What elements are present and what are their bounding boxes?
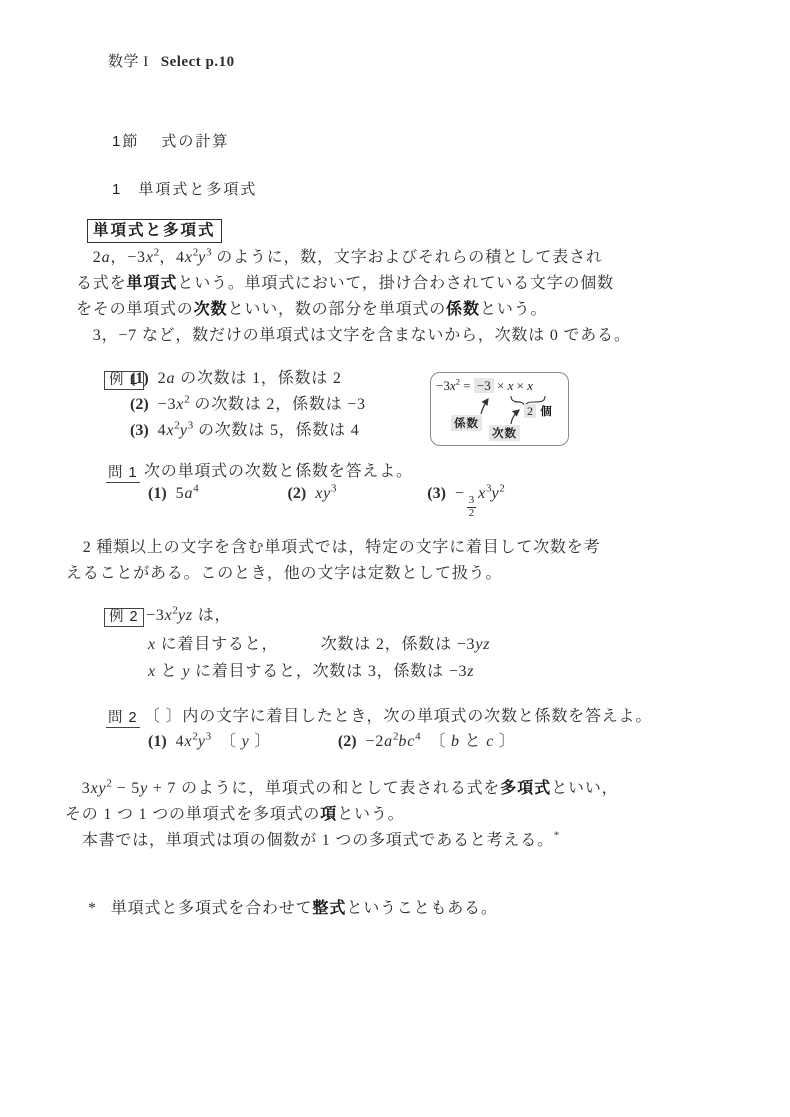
polynomial-paragraph: 3xy2 − 5y + 7 のように，単項式の和として表される式を多項式といい，… <box>65 776 618 854</box>
degree-label: 次数 <box>489 425 520 441</box>
paragraph-line: 本書では，単項式は項の個数が 1 つの多項式であると考える。* <box>65 828 618 854</box>
subsection-heading: 1単項式と多項式 <box>112 178 257 199</box>
question2-item: (2)−2a2bc4 〔 b と c 〕 <box>338 733 516 750</box>
question1-items: (1)5a4 (2)xy3 (3)−32x3y2 <box>148 481 505 520</box>
topic-title: 単項式と多項式 <box>87 219 222 243</box>
example2-label: 例 2 <box>104 605 144 626</box>
footnote: * 単項式と多項式を合わせて整式ということもある。 <box>88 896 498 922</box>
paragraph-line: 2 種類以上の文字を含む単項式では，特定の文字に着目して次数を考 <box>66 535 600 561</box>
paragraph-line: をその単項式の次数といい，数の部分を単項式の係数という。 <box>76 297 631 323</box>
item-number: (3) <box>130 422 149 439</box>
example1-item: (3)4x2y3 の次数は 5，係数は 4 <box>130 418 366 444</box>
count-label: 2 個 <box>524 403 553 419</box>
example2-line: x に着目すると， 次数は 2，係数は −3yz <box>148 631 490 658</box>
example2-body: x に着目すると， 次数は 2，係数は −3yz x と y に着目すると，次数… <box>148 631 490 685</box>
question2-prompt: 〔 〕内の文字に着目したとき，次の単項式の次数と係数を答えよ。 <box>144 704 652 730</box>
item-text: 2a の次数は 1，係数は 2 <box>158 370 342 387</box>
paragraph-line: 2a，−3x2，4x2y3 のように，数，文字およびそれらの積として表され <box>76 245 631 271</box>
book-page-label: Select p.10 <box>161 54 235 70</box>
coefficient-degree-figure: −3x2 = −3 × x × x 2 個 係数 次数 <box>430 372 569 446</box>
example1-item: (1)2a の次数は 1，係数は 2 <box>130 366 366 392</box>
textbook-page: 数学 ISelect p.10 1節式の計算 1単項式と多項式 単項式と多項式 … <box>0 0 790 1117</box>
paragraph-line: その 1 つ 1 つの単項式を多項式の項という。 <box>65 802 618 828</box>
section-number: 1節 <box>112 133 139 150</box>
subsection-number: 1 <box>112 181 122 198</box>
question1-item: (2)xy3 <box>288 485 337 502</box>
paragraph-line: えることがある。このとき，他の文字は定数として扱う。 <box>66 561 600 587</box>
page-header: 数学 ISelect p.10 <box>108 50 235 71</box>
question2-item: (1)4x2y3 〔 y 〕 <box>148 733 271 750</box>
paragraph-line: る式を単項式という。単項式において，掛け合わされている文字の個数 <box>76 271 631 297</box>
subsection-title: 単項式と多項式 <box>138 181 257 198</box>
question1-item: (3)−32x3y2 <box>427 485 505 502</box>
coeff-arrow <box>481 399 488 414</box>
question2-items: (1)4x2y3 〔 y 〕 (2)−2a2bc4 〔 b と c 〕 <box>148 729 516 755</box>
question1-item: (1)5a4 <box>148 485 199 502</box>
course-label: 数学 I <box>108 54 149 70</box>
degree-arrow <box>511 410 519 424</box>
footnote-marker: * <box>88 896 97 922</box>
item-text: 4x2y3 の次数は 5，係数は 4 <box>158 422 360 439</box>
item-number: (2) <box>130 396 149 413</box>
question2-label: 問 2 <box>106 706 140 727</box>
item-number: (1) <box>130 370 149 387</box>
focus-paragraph: 2 種類以上の文字を含む単項式では，特定の文字に着目して次数を考 えることがある… <box>66 535 600 587</box>
example1-item: (2)−3x2 の次数は 2，係数は −3 <box>130 392 366 418</box>
paragraph-line: 3xy2 − 5y + 7 のように，単項式の和として表される式を多項式といい， <box>65 776 618 802</box>
paragraph-line: 3，−7 など，数だけの単項式は文字を含まないから，次数は 0 である。 <box>76 323 631 349</box>
section-title: 式の計算 <box>161 133 229 150</box>
question1-label: 問 1 <box>106 461 140 482</box>
item-text: −3x2 の次数は 2，係数は −3 <box>158 396 366 413</box>
coefficient-label: 係数 <box>451 415 482 431</box>
footnote-text: 単項式と多項式を合わせて整式ということもある。 <box>111 896 498 922</box>
example2-line: x と y に着目すると，次数は 3，係数は −3z <box>148 658 490 685</box>
section-heading: 1節式の計算 <box>112 130 229 151</box>
topic-title-box: 単項式と多項式 <box>87 218 222 240</box>
example2-head: −3x2yz は， <box>146 603 231 629</box>
example1-body: (1)2a の次数は 1，係数は 2 (2)−3x2 の次数は 2，係数は −3… <box>130 366 366 444</box>
lead-paragraph: 2a，−3x2，4x2y3 のように，数，文字およびそれらの積として表され る式… <box>76 245 631 349</box>
